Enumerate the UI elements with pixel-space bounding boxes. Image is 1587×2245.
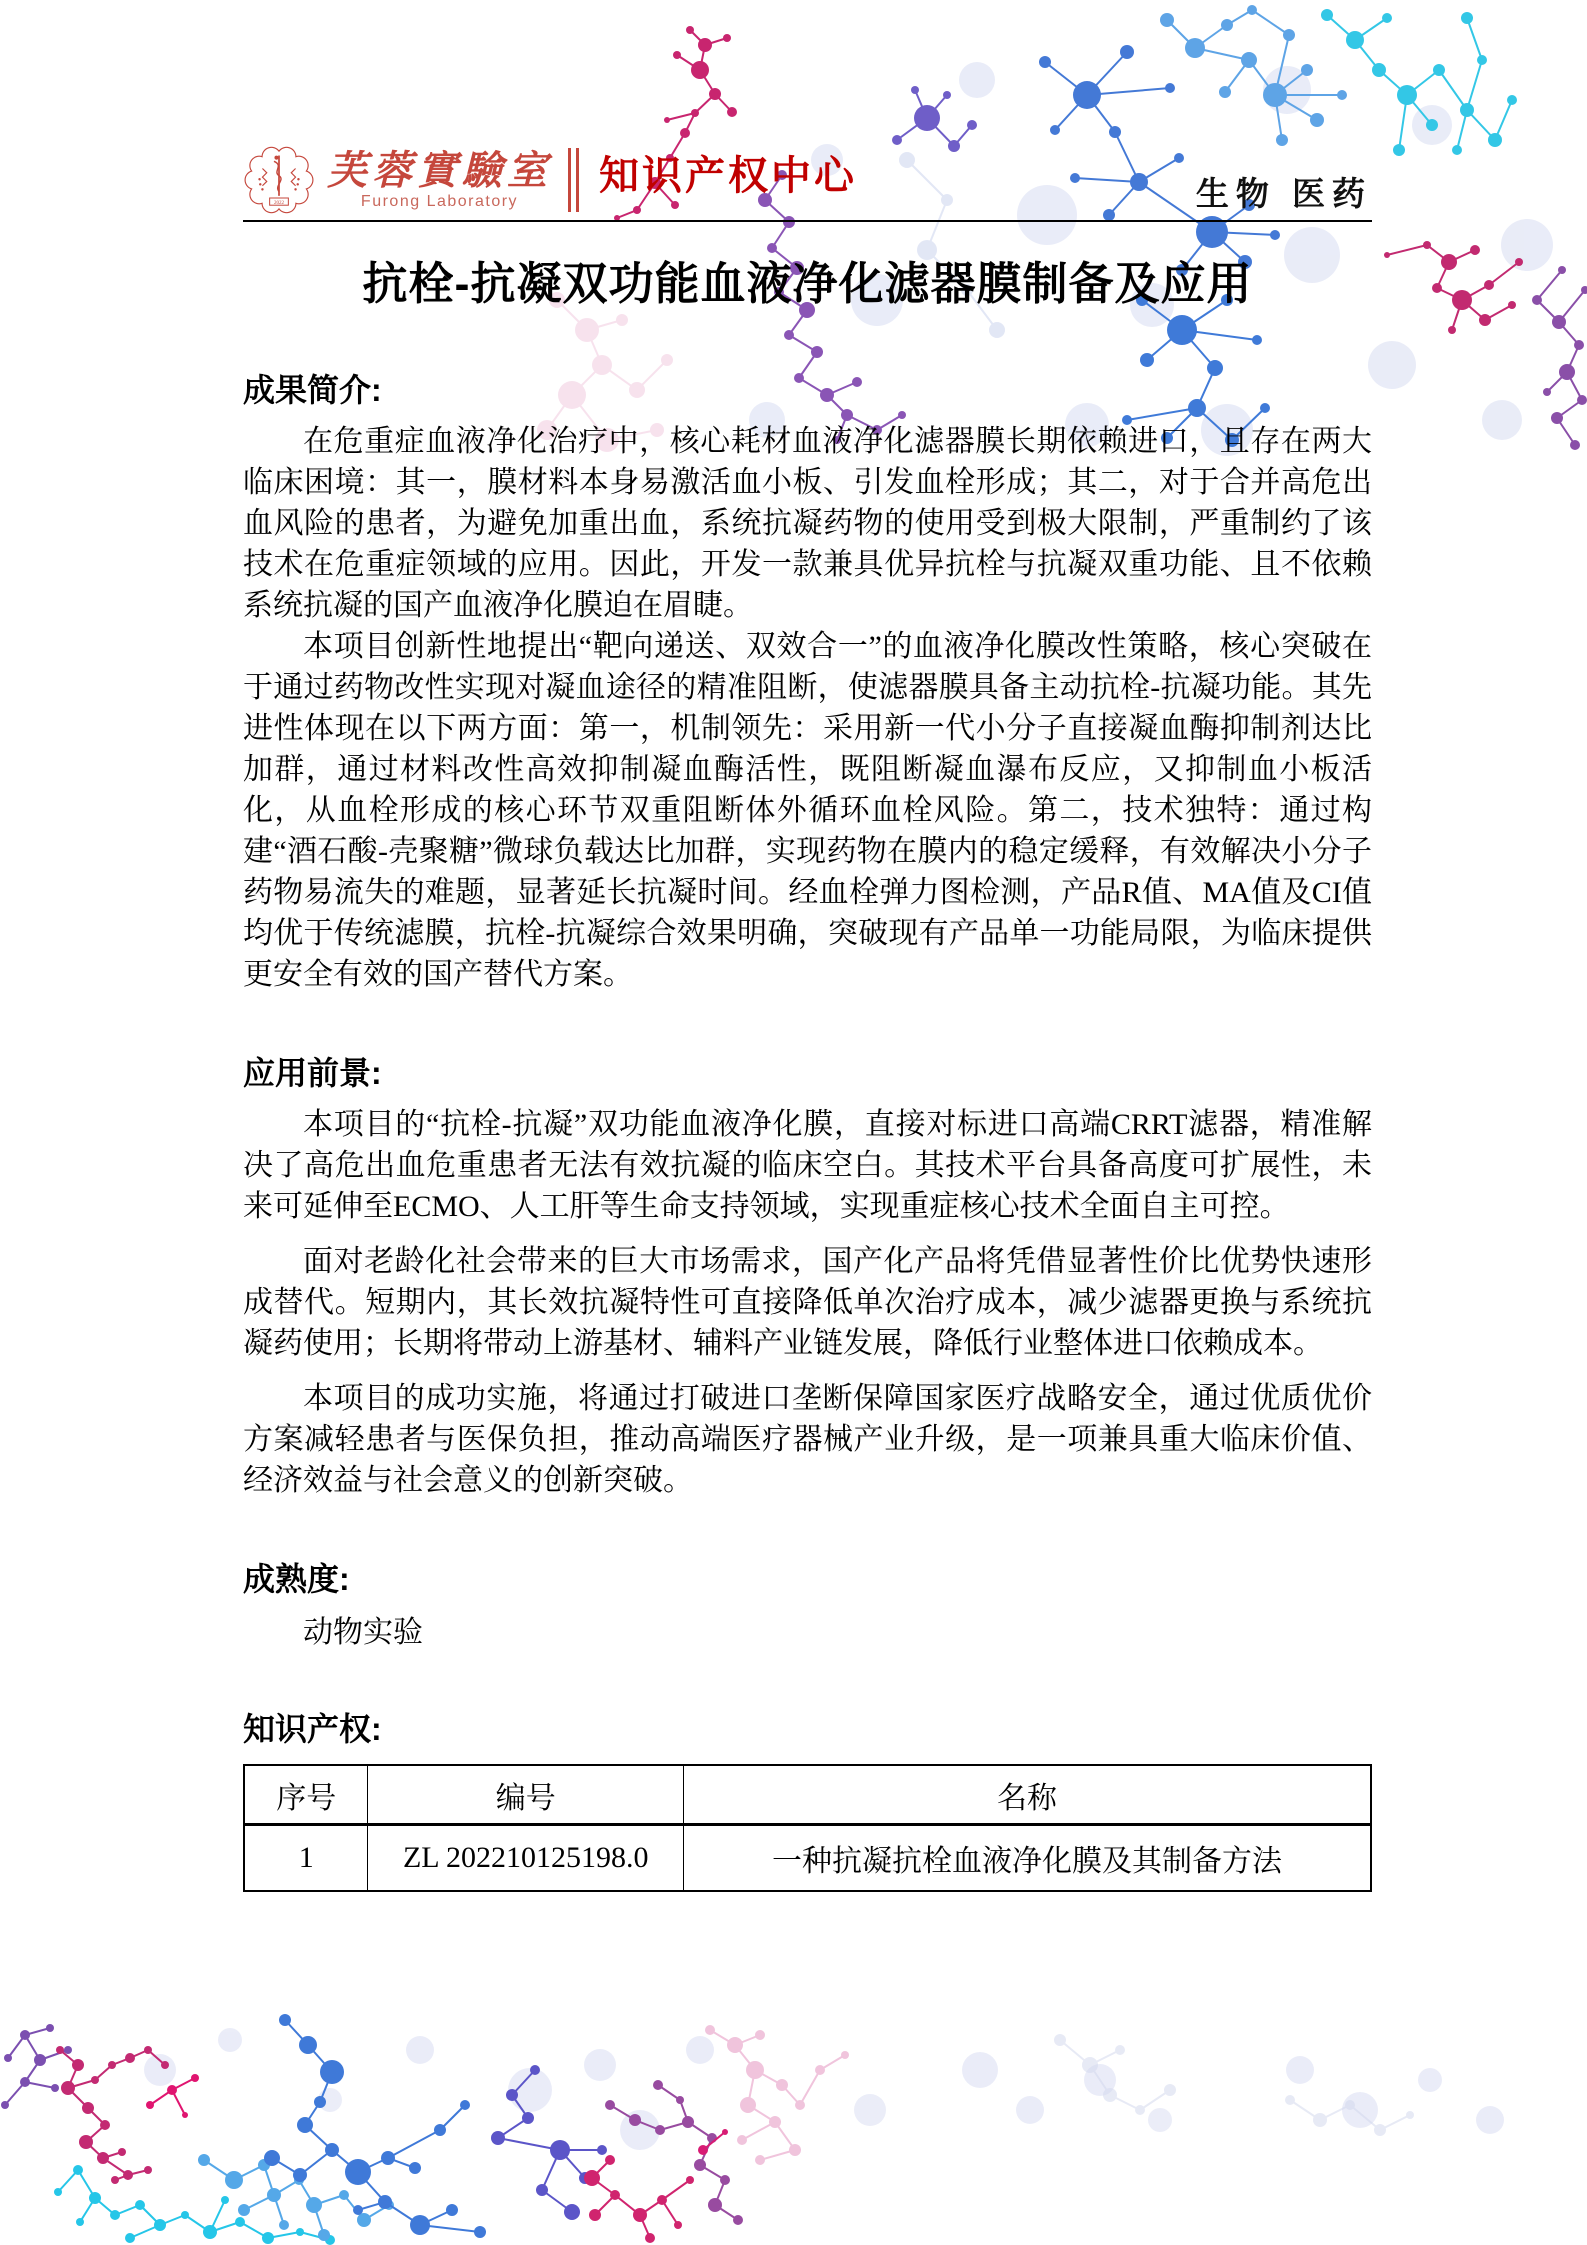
molecule-network-decoration-bottom — [0, 2010, 1587, 2245]
org-name-block: 芙蓉實驗室 Furong Laboratory — [327, 150, 552, 211]
section-intro: 成果简介: 在危重症血液净化治疗中，核心耗材血液净化滤器膜长期依赖进口，且存在两… — [243, 370, 1372, 995]
ip-table-row: 1 ZL 202210125198.0 一种抗凝抗栓血液净化膜及其制备方法 — [244, 1825, 1371, 1892]
maturity-value: 动物实验 — [243, 1612, 1372, 1653]
org-name-english: Furong Laboratory — [361, 193, 518, 211]
ip-col-number: 编号 — [368, 1765, 684, 1825]
section-prospect-heading: 应用前景: — [243, 1053, 1372, 1094]
brand-block: 2022 芙蓉實驗室 Furong Laboratory 知识产权中心 — [243, 144, 857, 216]
intro-paragraph: 在危重症血液净化治疗中，核心耗材血液净化滤器膜长期依赖进口，且存在两大临床困境：… — [243, 421, 1372, 626]
section-maturity-heading: 成熟度: — [243, 1559, 1372, 1600]
document-title: 抗栓-抗凝双功能血液净化滤器膜制备及应用 — [243, 256, 1372, 312]
document-page: 2022 芙蓉實驗室 Furong Laboratory 知识产权中心 生物 医… — [0, 0, 1587, 2245]
org-name-chinese: 芙蓉實驗室 — [327, 150, 552, 192]
section-intro-heading: 成果简介: — [243, 370, 1372, 411]
ip-table-header-row: 序号 编号 名称 — [244, 1765, 1371, 1825]
page-header: 2022 芙蓉實驗室 Furong Laboratory 知识产权中心 生物 医… — [243, 140, 1372, 222]
ip-cell-number: ZL 202210125198.0 — [368, 1825, 684, 1892]
prospect-paragraph: 面对老龄化社会带来的巨大市场需求，国产化产品将凭借显著性价比优势快速形成替代。短… — [243, 1241, 1372, 1364]
department-name: 知识产权中心 — [599, 156, 857, 204]
brand-divider — [568, 148, 579, 212]
section-ip-heading: 知识产权: — [243, 1709, 1372, 1750]
ip-cell-index: 1 — [244, 1825, 368, 1892]
intro-paragraph: 本项目创新性地提出“靶向递送、双效合一”的血液净化膜改性策略，核心突破在于通过药… — [243, 626, 1372, 995]
ip-cell-name: 一种抗凝抗栓血液净化膜及其制备方法 — [684, 1825, 1371, 1892]
furong-laboratory-emblem-icon: 2022 — [243, 144, 315, 216]
prospect-paragraph: 本项目的“抗栓-抗凝”双功能血液净化膜，直接对标进口高端CRRT滤器，精准解决了… — [243, 1104, 1372, 1227]
emblem-year-label: 2022 — [274, 200, 285, 206]
ip-table: 序号 编号 名称 1 ZL 202210125198.0 一种抗凝抗栓血液净化膜… — [243, 1764, 1372, 1892]
ip-col-index: 序号 — [244, 1765, 368, 1825]
section-ip: 知识产权: 序号 编号 名称 1 ZL 202210125198.0 一种抗凝抗… — [243, 1709, 1372, 1892]
section-prospect: 应用前景: 本项目的“抗栓-抗凝”双功能血液净化膜，直接对标进口高端CRRT滤器… — [243, 1053, 1372, 1501]
document-content: 2022 芙蓉實驗室 Furong Laboratory 知识产权中心 生物 医… — [0, 140, 1587, 1892]
section-maturity: 成熟度: 动物实验 — [243, 1559, 1372, 1653]
prospect-paragraph: 本项目的成功实施，将通过打破进口垄断保障国家医疗战略安全，通过优质优价方案减轻患… — [243, 1378, 1372, 1501]
ip-col-name: 名称 — [684, 1765, 1371, 1825]
category-tag: 生物 医药 — [1196, 177, 1372, 216]
